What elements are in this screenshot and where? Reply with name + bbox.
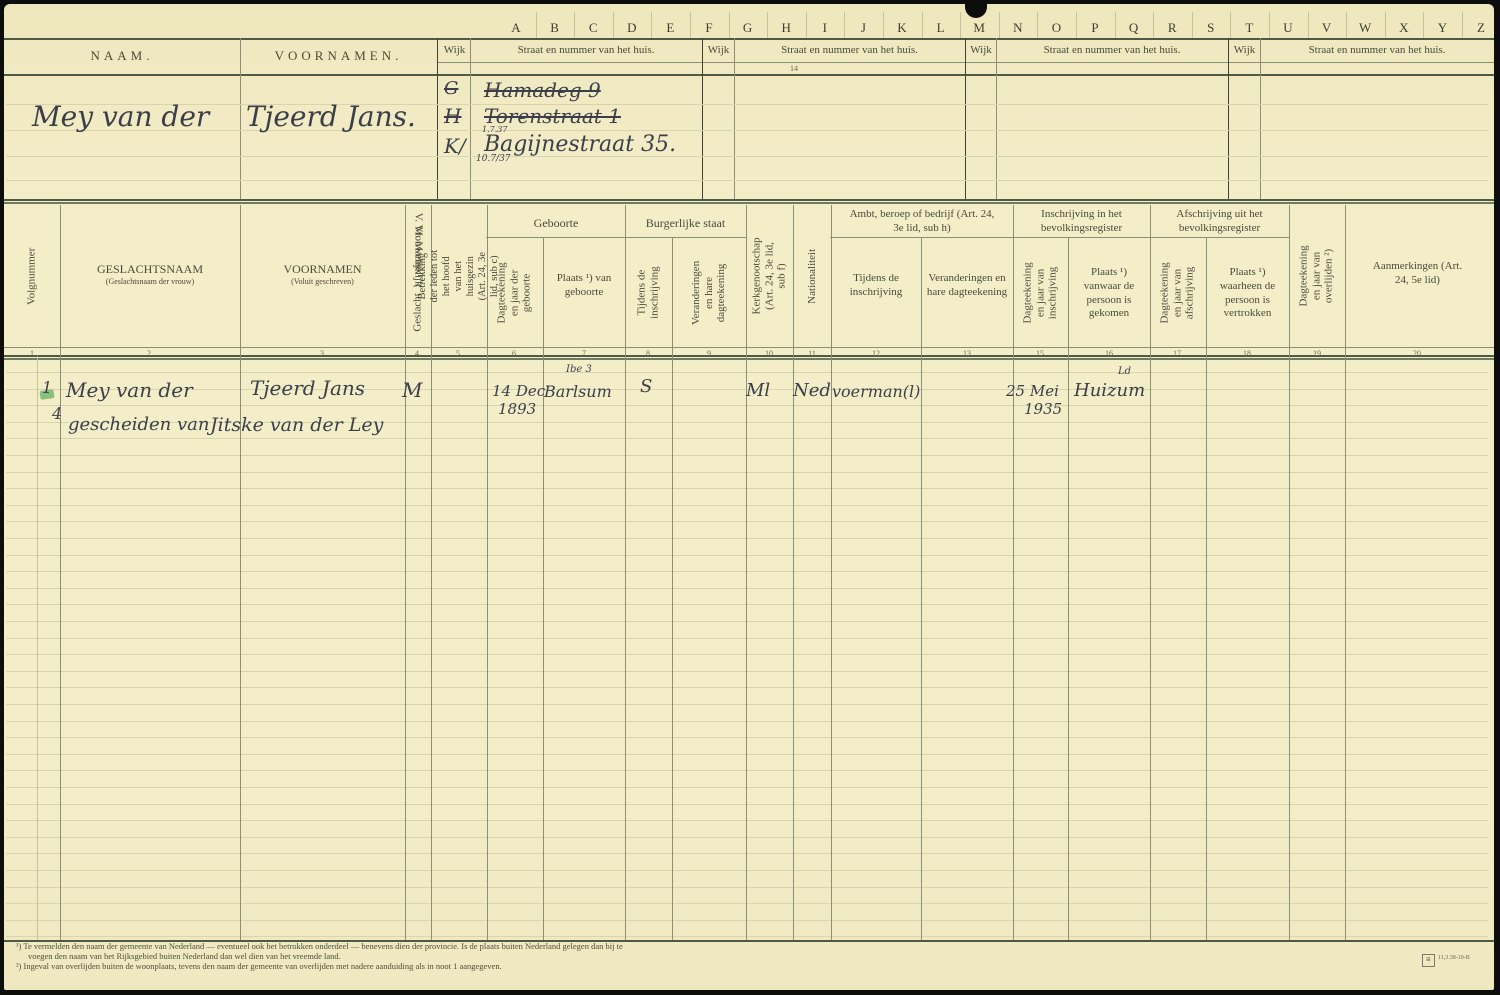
ruled-line bbox=[6, 455, 1488, 456]
wijk-label: Wijk bbox=[439, 44, 470, 56]
divider bbox=[729, 12, 730, 38]
ruled-line bbox=[6, 488, 1488, 489]
ruled-line bbox=[6, 372, 1488, 373]
divider bbox=[536, 12, 537, 38]
header-title: VOORNAMEN bbox=[284, 262, 362, 277]
column-number: 13 bbox=[957, 349, 977, 358]
address-struck: Hamadeg 9 bbox=[484, 78, 601, 102]
ruled-line bbox=[6, 538, 1488, 539]
column-number: 20 bbox=[1407, 349, 1427, 358]
ruled-line bbox=[6, 787, 1488, 788]
divider bbox=[1385, 12, 1386, 38]
divider bbox=[1153, 12, 1154, 38]
column-number: 17 bbox=[1167, 349, 1187, 358]
ruled-line bbox=[6, 704, 1488, 705]
ruled-line bbox=[6, 920, 1488, 921]
header-ambt-veranderingen: Veranderingen en hare dagteekening bbox=[921, 272, 1013, 300]
ruled-line bbox=[6, 687, 1488, 688]
ruled-line bbox=[6, 588, 1488, 589]
column-number: 8 bbox=[638, 349, 658, 358]
divider bbox=[574, 12, 575, 38]
column-divider bbox=[1206, 237, 1207, 940]
letter-tab-h: H bbox=[767, 20, 805, 36]
divider bbox=[1462, 12, 1463, 38]
ruled-line bbox=[6, 405, 1488, 406]
header-geboorte-datum: Dagteekening en jaar der geboorte bbox=[487, 238, 543, 347]
letter-tab-n: N bbox=[999, 20, 1037, 36]
printer-logo-icon: ⊞ bbox=[1422, 954, 1435, 967]
handwritten-naam: Mey van der bbox=[32, 100, 209, 133]
divider bbox=[1192, 12, 1193, 38]
column-number: 9 bbox=[699, 349, 719, 358]
divider bbox=[960, 12, 961, 38]
row-volgnummer-sub: 4 bbox=[52, 404, 62, 423]
divider bbox=[437, 38, 438, 199]
ruled-line bbox=[6, 621, 1488, 622]
header-afschrijving-group: Afschrijving uit het bevolkingsregister bbox=[1150, 207, 1289, 237]
letter-tab-z: Z bbox=[1462, 20, 1494, 36]
ruled-line bbox=[6, 130, 1488, 131]
punch-hole bbox=[965, 4, 987, 18]
ruled-line bbox=[6, 770, 1488, 771]
column-divider bbox=[60, 205, 61, 940]
header-nationaliteit: Nationaliteit bbox=[793, 205, 831, 347]
row-nationaliteit: Ned bbox=[793, 380, 831, 401]
row-inschrijving-datum: 25 Mei bbox=[1006, 382, 1059, 400]
row-herkomst-note: Ld bbox=[1118, 366, 1131, 377]
form-number: 14 bbox=[790, 64, 798, 73]
letter-tab-l: L bbox=[922, 20, 960, 36]
header-aanmerkingen: Aanmerkingen (Art. 24, 5e lid) bbox=[1345, 260, 1490, 288]
column-divider bbox=[1068, 237, 1069, 940]
letter-tab-f: F bbox=[690, 20, 728, 36]
divider bbox=[734, 38, 735, 199]
ruled-line bbox=[6, 820, 1488, 821]
letter-tab-c: C bbox=[574, 20, 612, 36]
divider bbox=[1228, 38, 1229, 199]
ruled-line bbox=[6, 505, 1488, 506]
divider bbox=[4, 347, 1494, 348]
divider bbox=[1269, 12, 1270, 38]
letter-tab-r: R bbox=[1153, 20, 1191, 36]
column-divider bbox=[1345, 205, 1346, 940]
header-ambt-group: Ambt, beroep of bedrijf (Art. 24, 3e lid… bbox=[831, 207, 1013, 237]
ruled-line bbox=[6, 936, 1488, 937]
letter-tab-m: M bbox=[960, 20, 998, 36]
header-afschrijving-plaats: Plaats ¹) waarheen de persoon is vertrok… bbox=[1206, 266, 1289, 321]
ruled-line bbox=[6, 903, 1488, 904]
ruled-line bbox=[6, 180, 1488, 181]
letter-tab-x: X bbox=[1385, 20, 1423, 36]
divider bbox=[1423, 12, 1424, 38]
header-ambt-tijdens: Tijdens de inschrijving bbox=[831, 272, 921, 300]
row-beroep: voerman(l) bbox=[832, 382, 920, 401]
street-label: Straat en nummer van het huis. bbox=[996, 44, 1228, 56]
row-geslachtsnaam: Mey van der bbox=[66, 378, 193, 402]
divider bbox=[613, 12, 614, 38]
letter-tab-i: I bbox=[806, 20, 844, 36]
divider bbox=[1115, 12, 1116, 38]
ruled-line bbox=[6, 853, 1488, 854]
divider bbox=[4, 199, 1494, 201]
column-divider bbox=[543, 237, 544, 940]
header-inschrijving-plaats: Plaats ¹) vanwaar de persoon is gekomen bbox=[1068, 266, 1150, 321]
row-geboorte-datum: 14 Dec bbox=[492, 382, 545, 400]
letter-tab-q: Q bbox=[1115, 20, 1153, 36]
column-number: 3 bbox=[312, 349, 332, 358]
address-wijk: K/ bbox=[444, 134, 466, 158]
row-burgerlijke-staat: S bbox=[640, 376, 652, 397]
divider bbox=[470, 38, 471, 199]
column-divider bbox=[37, 356, 38, 940]
column-number: 10 bbox=[759, 349, 779, 358]
letter-tab-b: B bbox=[536, 20, 574, 36]
divider bbox=[651, 12, 652, 38]
wijk-label: Wijk bbox=[703, 44, 734, 56]
divider bbox=[1308, 12, 1309, 38]
column-number: 18 bbox=[1237, 349, 1257, 358]
header-burgerlijke-tijdens: Tijdens de inschrijving bbox=[625, 238, 672, 347]
row-volgnummer: 1 bbox=[42, 378, 52, 397]
row-geslachtsnaam-line2: gescheiden van bbox=[68, 414, 209, 435]
ruled-line bbox=[6, 721, 1488, 722]
divider bbox=[767, 12, 768, 38]
divider bbox=[4, 74, 1494, 76]
row-herkomst: Huizum bbox=[1074, 380, 1145, 401]
ruled-line bbox=[6, 887, 1488, 888]
divider bbox=[1037, 12, 1038, 38]
divider bbox=[702, 38, 703, 199]
ruled-line bbox=[6, 671, 1488, 672]
header-geboorte-group: Geboorte bbox=[487, 210, 625, 236]
column-number: 11 bbox=[802, 349, 822, 358]
ruled-line bbox=[6, 555, 1488, 556]
address-wijk-struck: G bbox=[444, 78, 458, 99]
print-code: 11,3.38-10-B bbox=[1438, 955, 1470, 961]
column-divider bbox=[921, 237, 922, 940]
divider bbox=[999, 12, 1000, 38]
wijk-label: Wijk bbox=[1229, 44, 1260, 56]
column-number: 2 bbox=[139, 349, 159, 358]
column-number: 5 bbox=[448, 349, 468, 358]
column-number: 6 bbox=[504, 349, 524, 358]
header-burgerlijke-staat-group: Burgerlijke staat bbox=[625, 210, 746, 236]
handwritten-voornamen: Tjeerd Jans. bbox=[246, 100, 416, 133]
letter-tab-d: D bbox=[613, 20, 651, 36]
divider bbox=[996, 38, 997, 199]
letter-tab-w: W bbox=[1346, 20, 1384, 36]
divider bbox=[844, 12, 845, 38]
divider bbox=[1076, 12, 1077, 38]
header-geboorte-plaats: Plaats ¹) van geboorte bbox=[543, 272, 625, 300]
letter-tab-a: A bbox=[497, 20, 535, 36]
address-current: Bagijnestraat 35. bbox=[484, 132, 676, 157]
street-label: Straat en nummer van het huis. bbox=[1260, 44, 1494, 56]
row-kerkgenootschap: Ml bbox=[746, 380, 770, 401]
divider bbox=[438, 62, 1494, 63]
letter-tab-s: S bbox=[1192, 20, 1230, 36]
divider bbox=[4, 38, 1494, 40]
row-geslacht: M bbox=[402, 378, 422, 402]
footnote-2: ²) Ingeval van overlijden buiten de woon… bbox=[16, 962, 502, 972]
column-number: 1 bbox=[22, 349, 42, 358]
header-voornamen: VOORNAMEN (Voluit geschreven) bbox=[240, 262, 405, 287]
ruled-line bbox=[6, 754, 1488, 755]
ruled-line bbox=[6, 521, 1488, 522]
row-geboorte-jaar: 1893 bbox=[498, 400, 536, 418]
divider bbox=[806, 12, 807, 38]
address-date-below: 10.7/37 bbox=[476, 154, 511, 164]
header-volgnummer: Volgnummer bbox=[4, 205, 60, 347]
letter-tab-g: G bbox=[729, 20, 767, 36]
naam-label: NAAM. bbox=[4, 48, 240, 64]
header-inschrijving-group: Inschrijving in het bevolkingsregister bbox=[1013, 207, 1150, 237]
ruled-line bbox=[6, 804, 1488, 805]
ruled-line bbox=[6, 104, 1488, 105]
header-burgerlijke-veranderingen: Veranderingen en hare dagteekening bbox=[672, 238, 746, 347]
header-inschrijving-datum: Dagteekening en jaar van inschrijving bbox=[1013, 238, 1068, 347]
column-number: 19 bbox=[1307, 349, 1327, 358]
letter-tab-k: K bbox=[883, 20, 921, 36]
column-number: 12 bbox=[866, 349, 886, 358]
ruled-line bbox=[6, 837, 1488, 838]
header-afschrijving-datum: Dagteekening en jaar van afschrijving bbox=[1150, 238, 1206, 347]
letter-tab-u: U bbox=[1269, 20, 1307, 36]
column-number: 15 bbox=[1030, 349, 1050, 358]
divider bbox=[1346, 12, 1347, 38]
header-overlijden: Dagteekening en jaar van overlijden ²) bbox=[1289, 205, 1345, 347]
divider bbox=[922, 12, 923, 38]
column-divider bbox=[831, 205, 832, 940]
letter-tab-y: Y bbox=[1423, 20, 1461, 36]
header-title: GESLACHTSNAAM bbox=[97, 262, 203, 277]
wijk-label: Wijk bbox=[966, 44, 996, 56]
divider bbox=[883, 12, 884, 38]
row-geboorte-note: Ibe 3 bbox=[566, 364, 592, 375]
divider bbox=[4, 355, 1494, 357]
letter-tab-e: E bbox=[651, 20, 689, 36]
street-label: Straat en nummer van het huis. bbox=[470, 44, 702, 56]
address-wijk-struck: H bbox=[444, 104, 461, 128]
ruled-line bbox=[6, 571, 1488, 572]
letter-tab-p: P bbox=[1076, 20, 1114, 36]
ruled-line bbox=[6, 638, 1488, 639]
header-kerkgenootschap: Kerkgenootschap (Art. 24, 3e lid, sub f) bbox=[746, 205, 793, 347]
column-number: 7 bbox=[574, 349, 594, 358]
ruled-line bbox=[6, 604, 1488, 605]
ruled-line bbox=[6, 472, 1488, 473]
column-number: 4 bbox=[407, 349, 427, 358]
header-subtitle: (Voluit geschreven) bbox=[291, 277, 354, 287]
ruled-line bbox=[6, 156, 1488, 157]
header-geslachtsnaam: GESLACHTSNAAM (Geslachtsnaam der vrouw) bbox=[60, 262, 240, 287]
ruled-line bbox=[6, 438, 1488, 439]
letter-tab-j: J bbox=[844, 20, 882, 36]
voornamen-label: VOORNAMEN. bbox=[240, 48, 437, 64]
ruled-line bbox=[6, 654, 1488, 655]
row-geboorte-plaats: Barlsum bbox=[544, 382, 612, 401]
street-label: Straat en nummer van het huis. bbox=[734, 44, 965, 56]
column-number: 16 bbox=[1099, 349, 1119, 358]
divider bbox=[1230, 12, 1231, 38]
ruled-line bbox=[6, 870, 1488, 871]
letter-tab-o: O bbox=[1037, 20, 1075, 36]
row-voornamen: Tjeerd Jans bbox=[250, 376, 365, 400]
divider bbox=[965, 38, 966, 199]
column-divider bbox=[240, 205, 241, 940]
divider bbox=[690, 12, 691, 38]
ruled-line bbox=[6, 737, 1488, 738]
divider bbox=[1260, 38, 1261, 199]
row-voornamen-line2: Jitske van der Ley bbox=[210, 414, 383, 436]
letter-tab-v: V bbox=[1308, 20, 1346, 36]
header-betrekking: Betrekking der leden tot het hoofd van h… bbox=[431, 205, 487, 347]
row-inschrijving-jaar: 1935 bbox=[1024, 400, 1062, 418]
register-card: ABCDEFGHIJKLMNOPQRSTUVWXYZ NAAM. VOORNAM… bbox=[4, 4, 1494, 990]
letter-tab-t: T bbox=[1230, 20, 1268, 36]
header-subtitle: (Geslachtsnaam der vrouw) bbox=[106, 277, 194, 287]
